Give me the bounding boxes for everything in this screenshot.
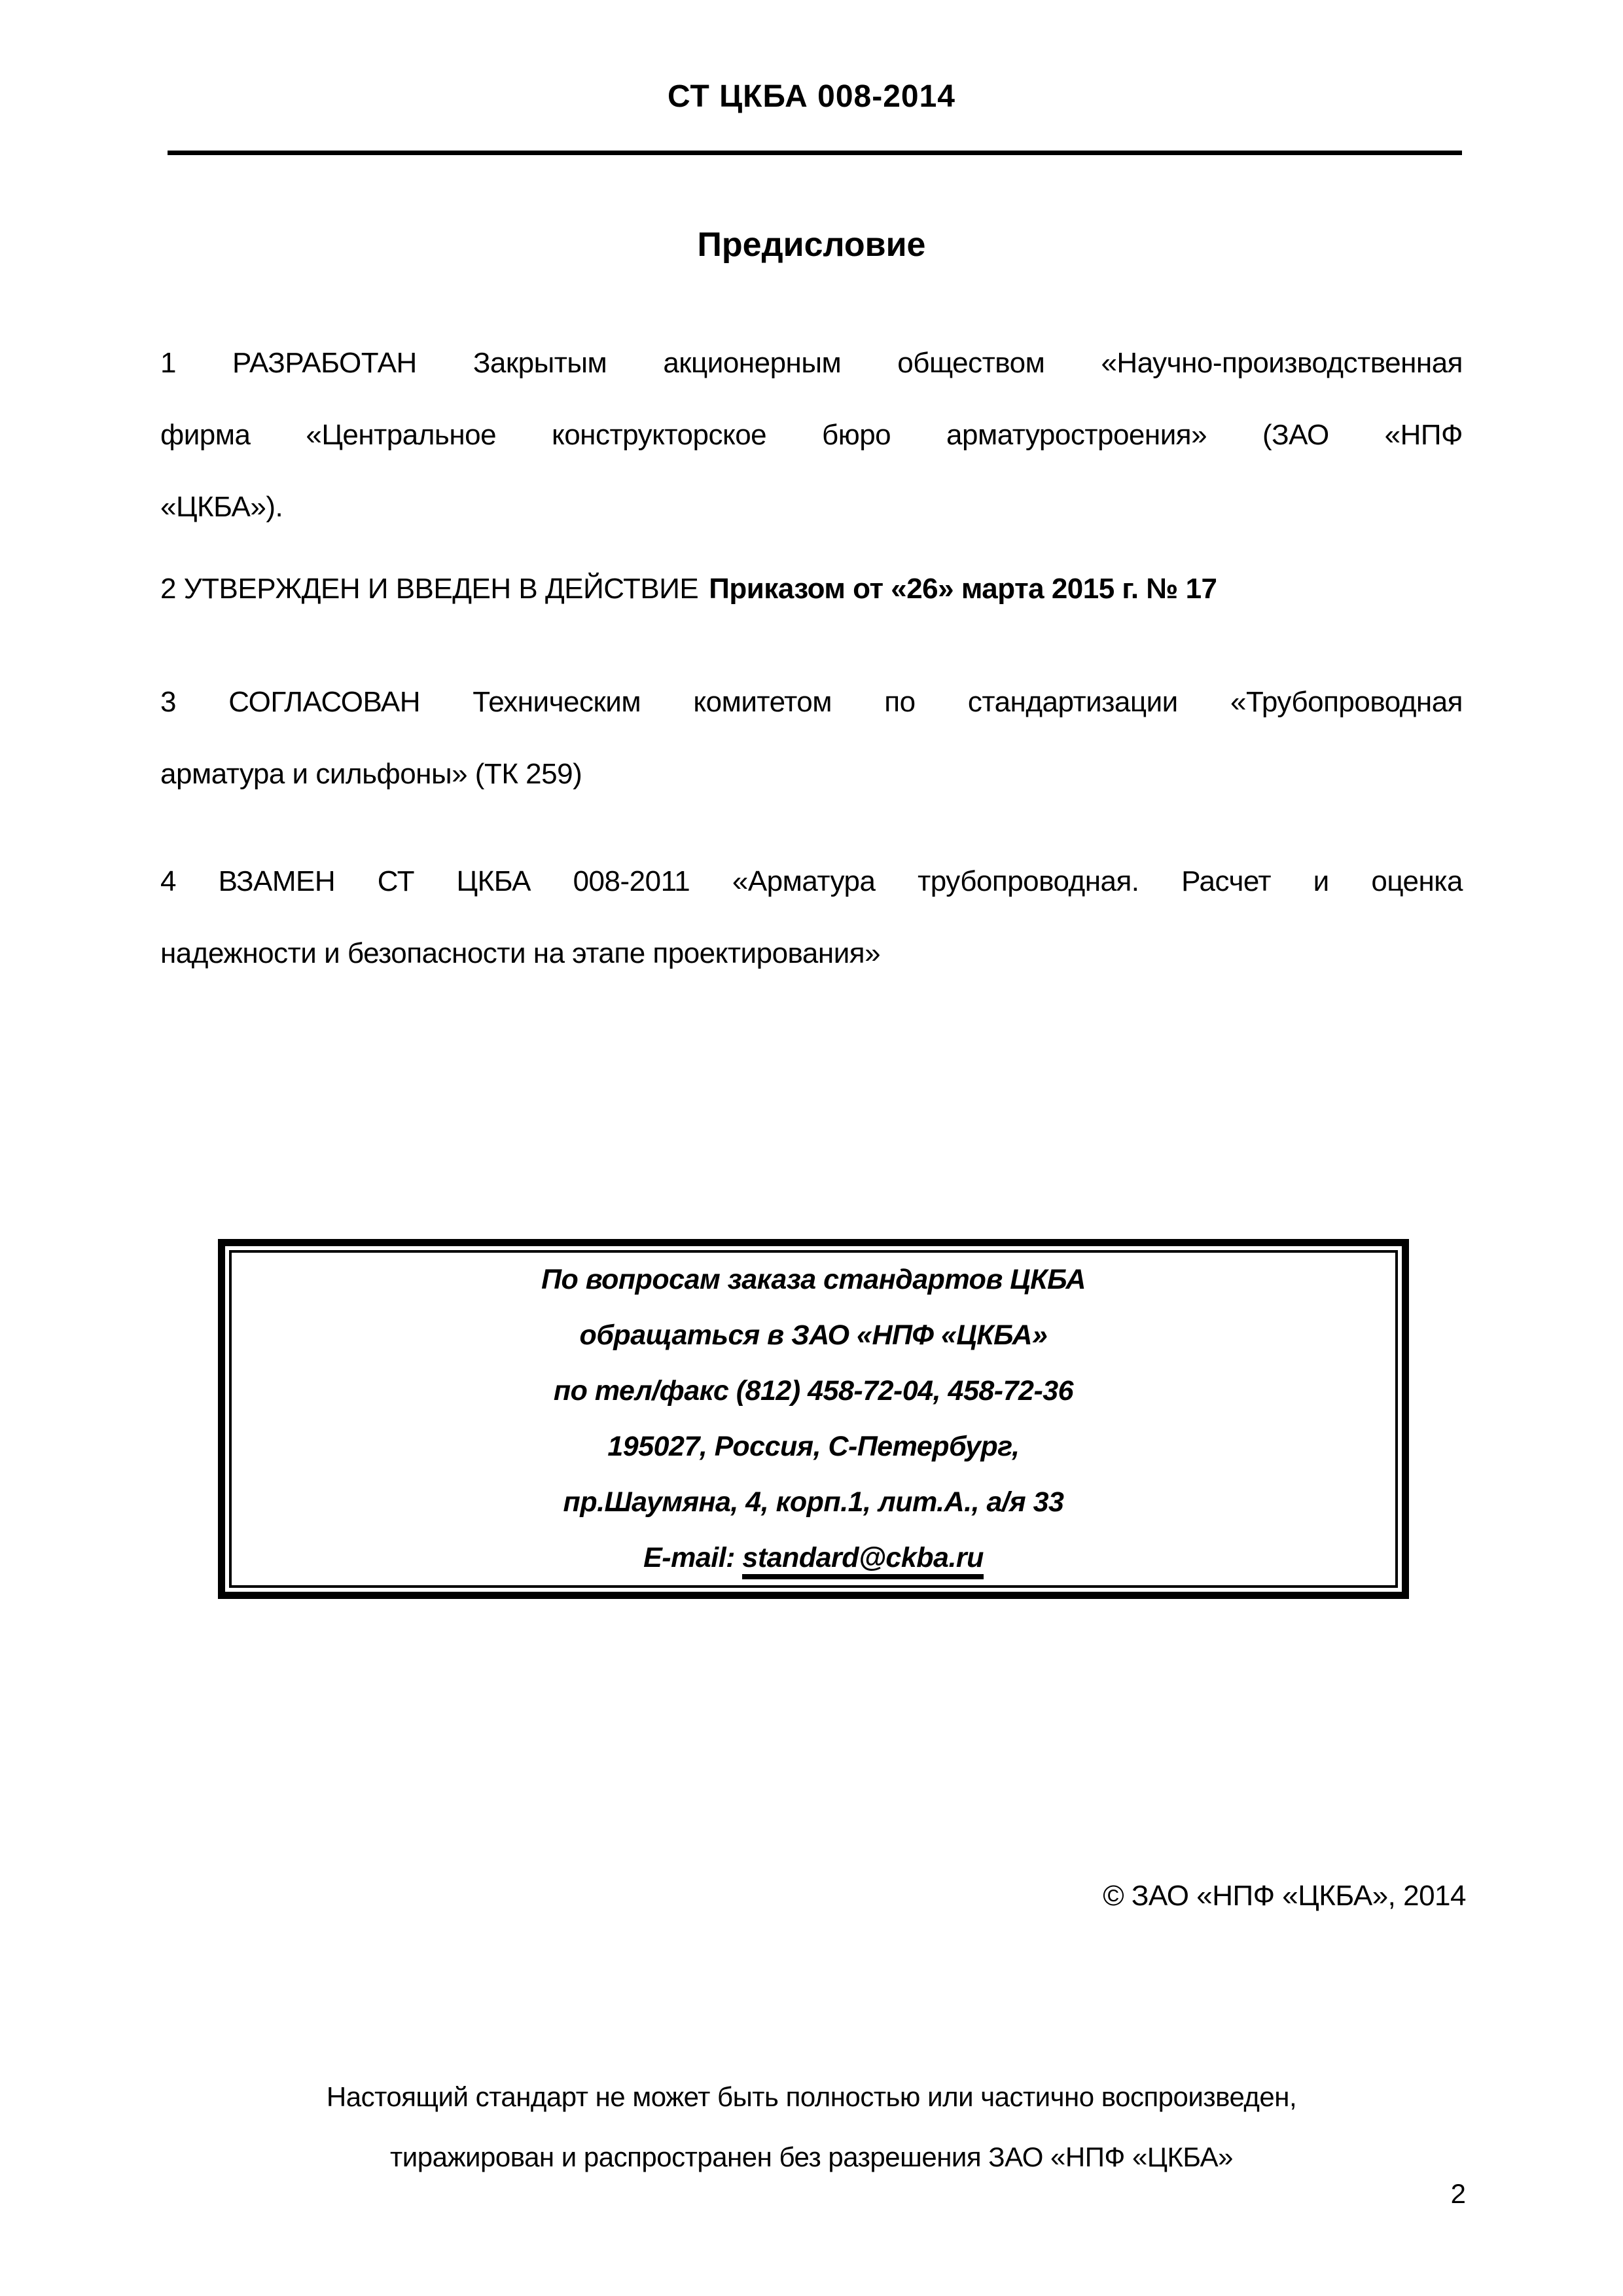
contact-info-box-inner: По вопросам заказа стандартов ЦКБА обращ… [229,1250,1398,1588]
page-number: 2 [160,2178,1466,2210]
doc-code-header: СТ ЦКБА 008-2014 [0,79,1623,115]
reproduction-notice-line-1: Настоящий стандарт не может быть полност… [0,2081,1623,2113]
foreword-item-4-line-1: 4 ВЗАМЕН СТ ЦКБА 008-2011 «Арматура труб… [160,846,1463,918]
foreword-item-4-line-2: надежности и безопасности на этапе проек… [160,918,1463,990]
foreword-item-2-line-1: 2 УТВЕРЖДЕН И ВВЕДЕН В ДЕЙСТВИЕПриказом … [160,553,1463,625]
reproduction-notice-line-2: тиражирован и распространен без разрешен… [0,2142,1623,2173]
document-page: СТ ЦКБА 008-2014 Предисловие 1 РАЗРАБОТА… [0,0,1623,2296]
foreword-item-3-line-2: арматура и сильфоны» (ТК 259) [160,738,1463,810]
foreword-item-2-order-text: Приказом от «26» марта 2015 г. № 17 [709,573,1217,605]
foreword-item-2: 2 УТВЕРЖДЕН И ВВЕДЕН В ДЕЙСТВИЕПриказом … [160,553,1463,625]
foreword-item-1-line-1: 1 РАЗРАБОТАН Закрытым акционерным общест… [160,327,1463,399]
header-divider-rule [168,151,1462,155]
foreword-item-3-line-1: 3 СОГЛАСОВАН Техническим комитетом по ст… [160,666,1463,738]
contact-info-box: По вопросам заказа стандартов ЦКБА обращ… [218,1239,1409,1599]
foreword-item-1-line-3: «ЦКБА»). [160,471,1463,543]
contact-line-email: E-mail: standard@ckba.ru [232,1530,1395,1586]
contact-line-address: пр.Шаумяна, 4, корп.1, лит.А., а/я 33 [232,1475,1395,1530]
foreword-item-3: 3 СОГЛАСОВАН Техническим комитетом по ст… [160,666,1463,810]
email-address-link: standard@ckba.ru [742,1542,983,1579]
contact-line-phone: по тел/факс (812) 458-72-04, 458-72-36 [232,1363,1395,1419]
copyright-notice: © ЗАО «НПФ «ЦКБА», 2014 [160,1880,1466,1912]
foreword-item-1-line-2: фирма «Центральное конструкторское бюро … [160,399,1463,471]
foreword-item-4: 4 ВЗАМЕН СТ ЦКБА 008-2011 «Арматура труб… [160,846,1463,990]
contact-line-company: обращаться в ЗАО «НПФ «ЦКБА» [232,1308,1395,1363]
email-label: E-mail: [643,1542,742,1573]
contact-line-city: 195027, Россия, С-Петербург, [232,1419,1395,1475]
foreword-item-2-normal-text: 2 УТВЕРЖДЕН И ВВЕДЕН В ДЕЙСТВИЕ [160,573,698,605]
page-title: Предисловие [0,225,1623,264]
contact-line-order: По вопросам заказа стандартов ЦКБА [232,1252,1395,1308]
foreword-item-1: 1 РАЗРАБОТАН Закрытым акционерным общест… [160,327,1463,543]
